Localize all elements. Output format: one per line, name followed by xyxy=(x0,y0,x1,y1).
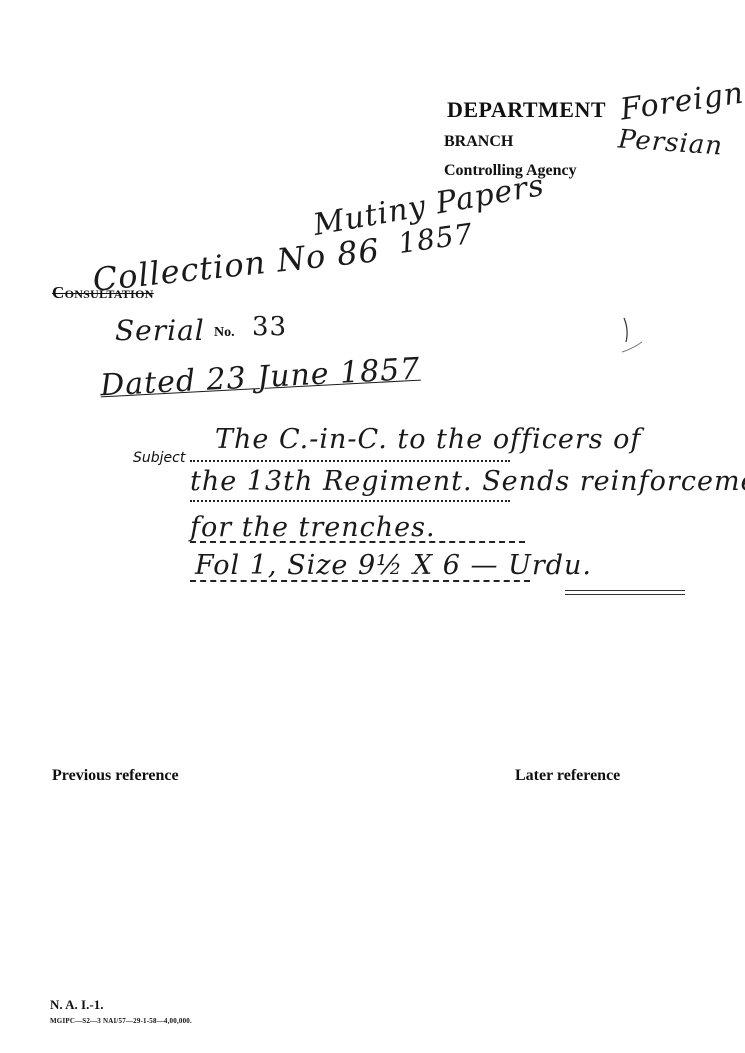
serial-number: 33 xyxy=(252,312,287,342)
double-underline xyxy=(565,590,685,595)
subject-text-line-2: the 13th Regiment. Sends reinforcement xyxy=(190,466,745,497)
consultation-label-text: Consultation xyxy=(52,283,154,302)
subject-text-line-4: Fol 1, Size 9½ X 6 — Urdu. xyxy=(195,550,592,581)
subject-text-line-1: The C.-in-C. to the officers of xyxy=(215,424,641,455)
previous-reference-label: Previous reference xyxy=(52,767,179,785)
subject-text-line-3: for the trenches. xyxy=(190,512,436,543)
department-value: Foreign xyxy=(618,76,745,128)
department-label: DEPARTMENT xyxy=(447,97,606,123)
stray-pen-mark xyxy=(620,316,644,356)
number-label: No. xyxy=(214,325,235,341)
form-code: N. A. I.-1. xyxy=(50,997,103,1013)
print-code: MGIPC—S2—3 NAI/57—29-1-58—4,00,000. xyxy=(50,1017,192,1025)
branch-label: BRANCH xyxy=(444,133,513,151)
subject-label: Subject xyxy=(133,450,185,466)
subject-line-2 xyxy=(190,500,510,502)
branch-value: Persian xyxy=(617,124,724,161)
subject-line-1 xyxy=(190,460,510,462)
later-reference-label: Later reference xyxy=(515,767,620,785)
date-entry: Dated 23 June 1857 xyxy=(99,352,421,404)
consultation-label: Consultation xyxy=(52,283,154,303)
serial-word: Serial xyxy=(115,314,205,347)
